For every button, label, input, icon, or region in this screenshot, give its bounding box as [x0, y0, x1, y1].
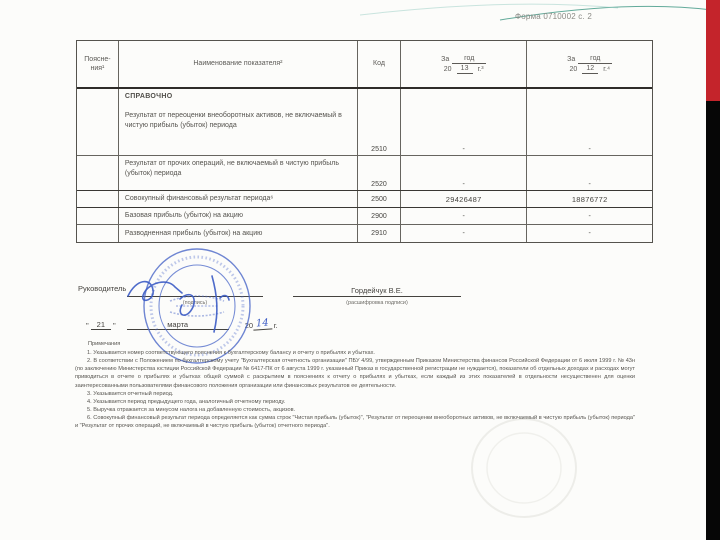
income-statement-table: Поясне- ния¹ Наименование показателя² Ко…	[76, 40, 653, 243]
scanned-report-page: Форма 0710002 с. 2 Поясне- ния¹ Наименов…	[0, 0, 720, 540]
header-explanations-line1: Поясне-	[84, 55, 110, 64]
value-2013-cell: -	[401, 225, 528, 242]
form-number-label: Форма 0710002 с. 2	[380, 12, 592, 21]
footnotes: Примечания 1. Указывается номер соответс…	[75, 340, 635, 430]
code-cell: 2900	[358, 208, 401, 224]
header-period-2013: Загод 2013г.³	[401, 41, 528, 87]
quote-mark: "	[86, 321, 89, 330]
period-year: 12	[582, 64, 598, 74]
header-code-label: Код	[373, 59, 385, 68]
footnote-item: 4. Указывается период предыдущего года, …	[75, 398, 635, 406]
table-header-row: Поясне- ния¹ Наименование показателя² Ко…	[77, 41, 652, 89]
table-row: СПРАВОЧНО Результат от переоценки внеобо…	[77, 89, 652, 156]
name-line	[293, 296, 461, 297]
table-row: Результат от прочих операций, не включае…	[77, 156, 652, 191]
table-row: Совокупный финансовый результат периода⁶…	[77, 191, 652, 208]
code-cell: 2510	[358, 89, 401, 155]
explanation-cell	[77, 156, 119, 190]
footnotes-title: Примечания	[88, 340, 635, 348]
value-2012-cell: -	[527, 208, 652, 224]
header-indicator-label: Наименование показателя²	[193, 59, 282, 68]
section-label: СПРАВОЧНО	[125, 92, 353, 102]
date-day: 21	[91, 320, 111, 330]
indicator-text: Базовая прибыль (убыток) на акцию	[125, 211, 243, 221]
footnote-item: 5. Выручка отражается за минусом налога …	[75, 406, 635, 414]
footnote-item: 3. Указывается отчетный период.	[75, 390, 635, 398]
value-2012-cell: 18876772	[527, 191, 652, 207]
indicator-name-cell: Разводненная прибыль (убыток) на акцию	[119, 225, 358, 242]
footnote-item: 1. Указывается номер соответствующего по…	[75, 349, 635, 357]
name-caption: (расшифровка подписи)	[293, 300, 461, 306]
header-period-2012: Загод 2012г.⁴	[527, 41, 652, 87]
indicator-name-cell: Совокупный финансовый результат периода⁶	[119, 191, 358, 207]
period-suffix: г.³	[478, 65, 484, 74]
value-2013-cell: -	[401, 156, 528, 190]
period-word: год	[452, 54, 486, 64]
value-2012-cell: -	[527, 89, 652, 155]
quote-mark: "	[113, 321, 116, 330]
period-word: год	[578, 54, 612, 64]
header-explanations: Поясне- ния¹	[77, 41, 119, 87]
period-century: 20	[444, 65, 452, 74]
header-explanations-line2: ния¹	[90, 64, 104, 73]
value-2012-cell: -	[527, 156, 652, 190]
black-edge-bar	[706, 101, 720, 540]
code-cell: 2500	[358, 191, 401, 207]
period-suffix: г.⁴	[603, 65, 610, 74]
value-2013-cell: -	[401, 89, 528, 155]
period-century: 20	[570, 65, 578, 74]
indicator-name-cell: СПРАВОЧНО Результат от переоценки внеобо…	[119, 89, 358, 155]
indicator-name-cell: Базовая прибыль (убыток) на акцию	[119, 208, 358, 224]
explanation-cell	[77, 191, 119, 207]
explanation-cell	[77, 225, 119, 242]
table-row: Разводненная прибыль (убыток) на акцию 2…	[77, 225, 652, 242]
indicator-name-cell: Результат от прочих операций, не включае…	[119, 156, 358, 190]
period-prefix: За	[567, 55, 575, 64]
handwritten-signature	[120, 272, 300, 340]
indicator-text: Результат от прочих операций, не включае…	[125, 160, 339, 177]
value-2012-cell: -	[527, 225, 652, 242]
code-cell: 2520	[358, 156, 401, 190]
footnote-item: 6. Совокупный финансовый результат перио…	[75, 414, 635, 430]
explanation-cell	[77, 208, 119, 224]
indicator-text: Разводненная прибыль (убыток) на акцию	[125, 229, 263, 239]
indicator-text: Результат от переоценки внеоборотных акт…	[125, 112, 342, 129]
signer-name: Гордейчук В.Е.	[293, 286, 461, 295]
footnote-item: 2. В соответствии с Положением по бухгал…	[75, 357, 635, 389]
value-2013-cell: -	[401, 208, 528, 224]
code-cell: 2910	[358, 225, 401, 242]
table-row: Базовая прибыль (убыток) на акцию 2900 -…	[77, 208, 652, 225]
indicator-text: Совокупный финансовый результат периода⁶	[125, 194, 273, 204]
header-indicator-name: Наименование показателя²	[119, 41, 358, 87]
value-2013-cell: 29426487	[401, 191, 528, 207]
header-code: Код	[358, 41, 401, 87]
explanation-cell	[77, 89, 119, 155]
period-prefix: За	[441, 55, 449, 64]
period-year: 13	[457, 64, 473, 74]
red-accent-bar	[706, 0, 720, 101]
faint-seal-icon	[468, 415, 580, 521]
